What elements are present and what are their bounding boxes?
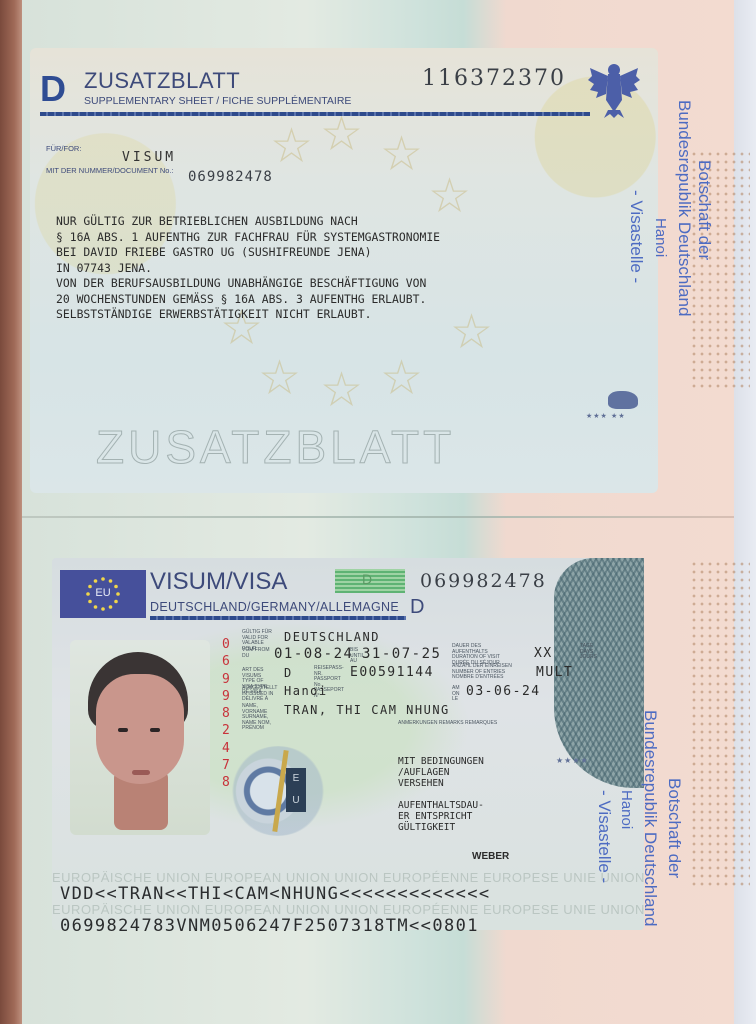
country-code-logo: D <box>40 70 74 108</box>
remarks-label: ANMERKUNGEN REMARKS REMARQUES <box>398 721 508 727</box>
remark-line: ER ENTSPRICHT <box>398 811 484 822</box>
green-box-letter: D <box>362 571 372 587</box>
visa-remarks: MIT BEDINGUNGEN/AUFLAGENVERSEHENAUFENTHA… <box>398 756 484 833</box>
green-security-box: D <box>335 569 405 593</box>
bear-emblem-icon <box>608 391 638 409</box>
holder-photo <box>70 640 210 835</box>
passport-number-value: E00591144 <box>350 665 434 680</box>
document-number-label: MIT DER NUMMER/DOCUMENT No.: <box>46 166 174 175</box>
sheet-serial-number: 116372370 <box>422 66 566 91</box>
entries-value: MULT <box>536 665 573 680</box>
visa-sticker: EU VISUM/VISA DEUTSCHLAND/GERMANY/ALLEMA… <box>52 558 644 930</box>
sheet-subtitle: SUPPLEMENTARY SHEET / FICHE SUPPLÉMENTAI… <box>84 95 351 107</box>
hand-holding-passport <box>0 0 24 1024</box>
issued-in-value: Hanoi <box>284 684 328 698</box>
duration-value: XX <box>534 646 553 661</box>
days-label: TAGE DAYS JOURS <box>580 644 600 661</box>
microprint-line <box>150 616 406 620</box>
eu-flag-icon: EU <box>60 570 146 618</box>
valid-for-value: DEUTSCHLAND <box>284 630 380 644</box>
name-label: NAME, VORNAME SURNAME, NAME NOM, PRÉNOM <box>242 704 274 732</box>
stars-decoration-icon: ★★★★ <box>556 756 589 765</box>
for-label: FÜR/FOR: <box>46 144 81 153</box>
until-label: BIS UNTIL AU <box>350 648 362 665</box>
from-label: VOM FROM DU <box>242 648 274 659</box>
condition-line: NUR GÜLTIG ZUR BETRIEBLICHEN AUSBILDUNG … <box>56 214 440 230</box>
condition-line: IN 07743 JENA. <box>56 261 440 277</box>
condition-line: BEI DAVID FRIEBE GASTRO UG (SUSHIFREUNDE… <box>56 245 440 261</box>
stamp-line-1: Botschaft der <box>664 778 684 878</box>
microprint-line <box>40 112 590 116</box>
stamp-line-3: Hanoi <box>618 790 635 829</box>
eu-star-icon: ☆ <box>270 118 313 174</box>
eu-star-icon: ☆ <box>320 362 363 418</box>
stamp-line-2: Bundesrepublik Deutschland <box>674 100 694 316</box>
condition-line: § 16A ABS. 1 AUFENTHG ZUR FACHFRAU FÜR S… <box>56 230 440 246</box>
stars-decoration-icon: ★★★ ★★ <box>586 412 626 420</box>
condition-line: 20 WOCHENSTUNDEN GEMÄSS § 16A ABS. 3 AUF… <box>56 292 440 308</box>
officer-signature: WEBER <box>472 851 509 862</box>
entries-label: ANZAHL DER EINREISEN NUMBER OF ENTRIES N… <box>452 664 512 681</box>
visa-type-letter: D <box>410 596 424 619</box>
supplementary-sheet: ☆ ☆ ☆ ☆ ☆ ☆ ☆ ☆ ☆ D ZUSATZBLATT SUPPLEME… <box>30 48 658 493</box>
issued-on-label: AM ON LE <box>452 686 464 703</box>
visa-title: VISUM/VISA <box>150 568 287 596</box>
eu-star-icon: ☆ <box>380 350 423 406</box>
background-microtext: EUROPÄISCHE UNION EUROPEAN UNION UNION E… <box>52 870 644 884</box>
remark-line: AUFENTHALTSDAU- <box>398 800 484 811</box>
sheet-watermark: ZUSATZBLATT <box>96 420 455 474</box>
mrz-line-2: 0699824783VNM0506247F2507318TM<<0801 <box>60 916 479 936</box>
eu-star-icon: ☆ <box>450 304 493 360</box>
remark-line: MIT BEDINGUNGEN <box>398 756 484 767</box>
german-eagle-icon <box>588 60 640 118</box>
sheet-conditions-text: NUR GÜLTIG ZUR BETRIEBLICHEN AUSBILDUNG … <box>56 214 440 323</box>
sheet-title: ZUSATZBLATT <box>84 68 240 94</box>
eu-label: EU <box>60 587 146 599</box>
condition-line: VON DER BERUFSAUSBILDUNG UNABHÄNGIGE BES… <box>56 276 440 292</box>
valid-from-value: 01-08-24 <box>274 646 353 662</box>
security-hologram: EU <box>230 746 326 836</box>
perforation-holes <box>690 560 750 890</box>
remark-line: VERSEHEN <box>398 778 484 789</box>
visa-number: 069982478 <box>420 570 547 592</box>
remark-line: GÜLTIGKEIT <box>398 822 484 833</box>
stamp-line-4: - Visastelle - <box>626 190 646 283</box>
issued-in-label: AUSGESTELLT IN ISSUED IN DÉLIVRÉ À <box>242 686 274 703</box>
valid-until-value: 31-07-25 <box>362 646 441 662</box>
mrz-line-1: VDD<<TRAN<<THI<CAM<NHUNG<<<<<<<<<<<<< <box>60 884 491 904</box>
stamp-line-1: Botschaft der <box>694 160 714 260</box>
issued-on-value: 03-06-24 <box>466 684 541 699</box>
background-microtext: EUROPÄISCHE UNION EUROPEAN UNION UNION E… <box>52 902 644 916</box>
stamp-line-3: Hanoi <box>652 218 669 257</box>
stamp-line-4: - Visastelle - <box>594 790 614 883</box>
for-value: VISUM <box>122 150 176 165</box>
visa-country-line: DEUTSCHLAND/GERMANY/ALLEMAGNE <box>150 600 399 614</box>
vertical-visa-number: 069982478 <box>222 636 234 792</box>
condition-line: SELBSTSTÄNDIGE ERWERBSTÄTIGKEIT NICHT ER… <box>56 307 440 323</box>
eu-star-icon: ☆ <box>258 350 301 406</box>
remark-line: /AUFLAGEN <box>398 767 484 778</box>
visa-type-value: D <box>284 666 293 680</box>
stamp-line-2: Bundesrepublik Deutschland <box>640 710 660 926</box>
eu-star-icon: ☆ <box>380 126 423 182</box>
document-number-value: 069982478 <box>188 169 273 185</box>
holder-name-value: TRAN, THI CAM NHUNG <box>284 703 450 717</box>
